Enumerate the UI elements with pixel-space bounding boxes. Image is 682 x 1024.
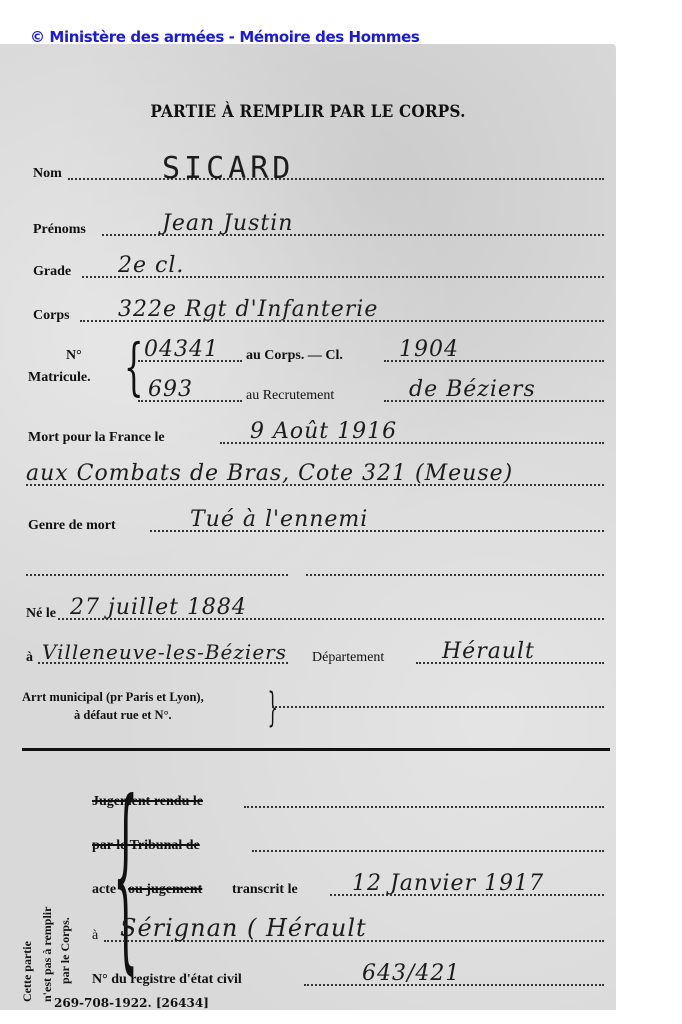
label-a-transcrit: à [92, 928, 98, 944]
copyright-watermark: © Ministère des armées - Mémoire des Hom… [30, 28, 419, 46]
label-tribunal: par le Tribunal de [92, 838, 200, 854]
label-grade: Grade [33, 264, 71, 280]
label-ne-le: Né le [26, 606, 56, 622]
dotted-line [244, 806, 604, 808]
label-registre: N° du registre d'état civil [92, 972, 242, 988]
label-au-corps-classe: au Corps. — Cl. [246, 348, 343, 364]
label-arrondissement-line1: Arrt municipal (pr Paris et Lyon), [22, 690, 204, 705]
value-recrutement: de Béziers [409, 377, 536, 402]
print-reference: 269-708-1922. [26434] [54, 996, 209, 1010]
label-matricule: Matricule. [28, 370, 91, 386]
dotted-line [306, 574, 604, 576]
field-jugement-rendu: Jugement rendu le [92, 782, 604, 812]
label-genre-de-mort: Genre de mort [28, 518, 116, 534]
value-transcrit-date: 12 Janvier 1917 [352, 871, 544, 896]
section-divider [22, 748, 610, 751]
label-acte: acte [92, 882, 116, 898]
label-arrondissement-line2: à défaut rue et N°. [74, 708, 172, 723]
label-prenoms: Prénoms [33, 222, 86, 238]
field-genre-de-mort: Genre de mort Tué à l'ennemi [30, 506, 604, 536]
field-matricule-corps: 04341 au Corps. — Cl. 1904 [134, 336, 604, 366]
field-arrondissement [272, 682, 604, 712]
value-prenoms: Jean Justin [162, 211, 293, 236]
dotted-line [272, 706, 604, 708]
label-departement: Département [312, 650, 384, 666]
field-mort-date: Mort pour la France le 9 Août 1916 [30, 418, 604, 448]
value-mort-date: 9 Août 1916 [250, 419, 397, 444]
field-naissance-date: Né le 27 juillet 1884 [30, 594, 604, 624]
label-matricule-no: N° [66, 348, 82, 364]
card-title: PARTIE À REMPLIR PAR LE CORPS. [31, 102, 585, 122]
field-registre: N° du registre d'état civil 643/421 [92, 960, 604, 990]
value-classe: 1904 [399, 337, 459, 362]
value-transcrit-lieu: Sérignan ( Hérault [120, 914, 367, 942]
field-naissance-lieu: à Villeneuve-les-Béziers Département Hér… [30, 638, 604, 668]
value-mort-lieu: aux Combats de Bras, Cote 321 (Meuse) [26, 461, 513, 486]
value-nom: SICARD [162, 151, 294, 186]
field-prenoms: Prénoms Jean Justin [30, 210, 604, 240]
side-note-line3: par le Corps. [58, 917, 73, 984]
value-corps: 322e Rgt d'Infanterie [118, 297, 378, 322]
label-jugement-rendu: Jugement rendu le [92, 794, 203, 810]
label-au-recrutement: au Recrutement [246, 388, 334, 404]
value-registre: 643/421 [362, 961, 460, 986]
field-grade: Grade 2e cl. [30, 252, 604, 282]
value-matricule-corps: 04341 [144, 337, 219, 362]
field-corps: Corps 322e Rgt d'Infanterie [30, 296, 604, 326]
blank-line [30, 550, 604, 580]
label-mort-pour-la-france: Mort pour la France le [28, 430, 165, 446]
value-matricule-recrutement: 693 [148, 377, 193, 402]
field-nom: Nom SICARD [30, 154, 604, 184]
side-note: Cette partie n'est pas à remplir par le … [8, 854, 88, 1004]
label-a: à [26, 650, 33, 666]
dotted-line [252, 850, 604, 852]
field-matricule-recrutement: 693 au Recrutement de Béziers [134, 376, 604, 406]
dotted-line [68, 178, 604, 180]
field-transcrit-lieu: à Sérignan ( Hérault [92, 916, 604, 946]
label-ou-jugement: ou jugement [128, 882, 202, 898]
dotted-line [26, 574, 288, 576]
field-tribunal: par le Tribunal de [92, 826, 604, 856]
value-genre-de-mort: Tué à l'ennemi [190, 507, 368, 532]
death-record-card: PARTIE À REMPLIR PAR LE CORPS. Nom SICAR… [0, 44, 616, 1010]
label-corps: Corps [33, 308, 70, 324]
label-transcrit-le: transcrit le [232, 882, 298, 898]
value-naissance-date: 27 juillet 1884 [70, 595, 247, 620]
side-note-line2: n'est pas à remplir [40, 907, 55, 1002]
label-nom: Nom [33, 166, 62, 182]
value-naissance-lieu: Villeneuve-les-Béziers [42, 640, 287, 664]
field-mort-lieu: aux Combats de Bras, Cote 321 (Meuse) [30, 460, 604, 490]
value-grade: 2e cl. [118, 253, 184, 278]
side-note-line1: Cette partie [20, 941, 35, 1002]
field-transcrit: acte ou jugement transcrit le 12 Janvier… [92, 870, 604, 900]
value-departement: Hérault [442, 639, 535, 664]
